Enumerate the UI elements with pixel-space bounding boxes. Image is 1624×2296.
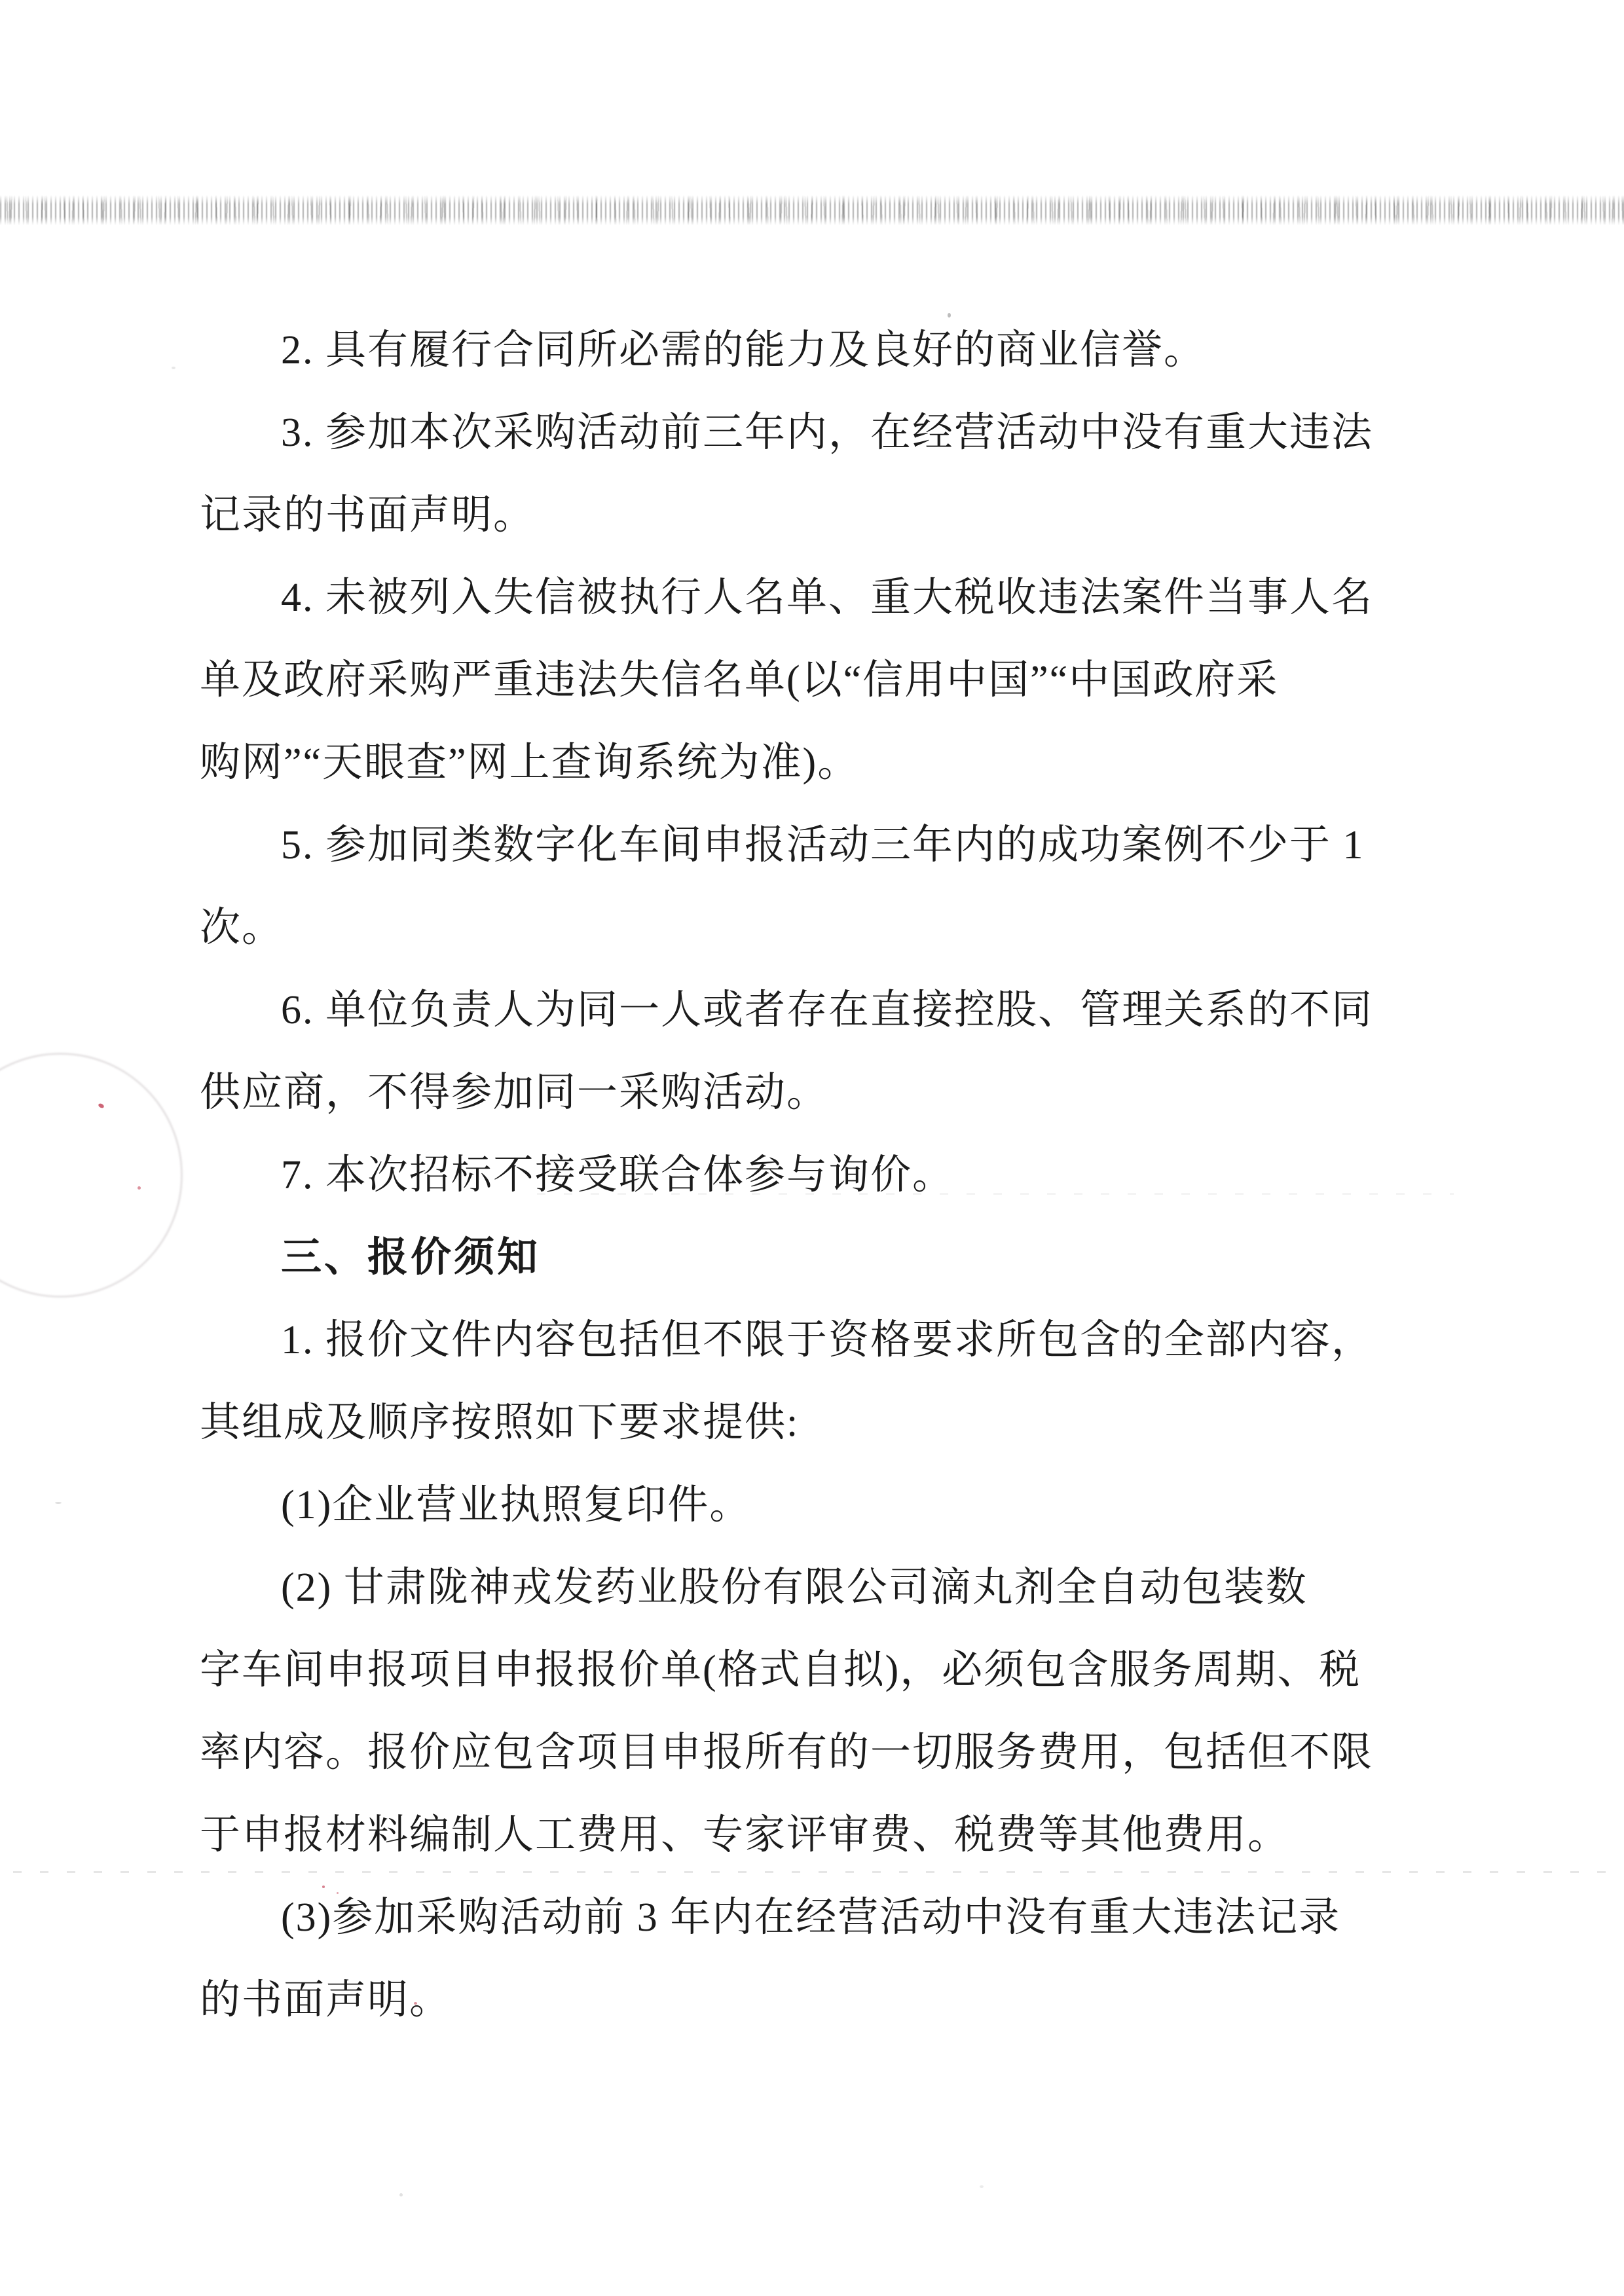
- doc-line-18: 率内容。报价应包含项目申报所有的一切服务费用，包括但不限: [200, 1711, 1373, 1794]
- doc-line-9: 6. 单位负责人为同一人或者存在直接控股、管理关系的不同: [200, 969, 1373, 1051]
- stamp-arc-artifact: [0, 1053, 183, 1298]
- doc-line-19: 于申报材料编制人工费用、专家评审费、税费等其他费用。: [200, 1794, 1373, 1876]
- dashed-scan-line: [13, 1871, 1611, 1873]
- doc-line-15: (1)企业营业执照复印件。: [200, 1464, 1373, 1546]
- doc-line-2: 3. 参加本次采购活动前三年内，在经营活动中没有重大违法: [200, 392, 1373, 474]
- ink-speck: [980, 2185, 984, 2188]
- doc-line-17: 字车间申报项目申报报价单(格式自拟)，必须包含服务周期、税: [200, 1629, 1373, 1711]
- document-text-block: 2. 具有履行合同所必需的能力及良好的商业信誉。 3. 参加本次采购活动前三年内…: [200, 309, 1373, 2041]
- doc-line-1: 2. 具有履行合同所必需的能力及良好的商业信誉。: [200, 309, 1373, 392]
- doc-line-16: (2) 甘肃陇神戎发药业股份有限公司滴丸剂全自动包装数: [200, 1546, 1373, 1629]
- doc-line-11: 7. 本次招标不接受联合体参与询价。: [200, 1134, 1373, 1216]
- ink-speck: [172, 367, 175, 369]
- dashed-scan-line-faint: [537, 1193, 1454, 1195]
- doc-line-8: 次。: [200, 886, 1373, 969]
- stamp-speck: [322, 1886, 325, 1888]
- ink-speck: [399, 2193, 403, 2196]
- ink-speck: [55, 1502, 62, 1504]
- stamp-speck: [337, 1892, 339, 1894]
- section-heading: 三、报价须知: [200, 1216, 1373, 1299]
- doc-line-7: 5. 参加同类数字化车间申报活动三年内的成功案例不少于 1: [200, 804, 1373, 886]
- stamp-speck: [414, 2002, 417, 2005]
- doc-line-6: 购网”“天眼查”网上查询系统为准)。: [200, 721, 1373, 804]
- doc-line-20: (3)参加采购活动前 3 年内在经营活动中没有重大违法记录: [200, 1876, 1373, 1959]
- doc-line-14: 其组成及顺序按照如下要求提供:: [200, 1381, 1373, 1464]
- scanned-document-page: 2. 具有履行合同所必需的能力及良好的商业信誉。 3. 参加本次采购活动前三年内…: [0, 0, 1624, 2296]
- doc-line-4: 4. 未被列入失信被执行人名单、重大税收违法案件当事人名: [200, 556, 1373, 639]
- doc-line-10: 供应商，不得参加同一采购活动。: [200, 1051, 1373, 1134]
- doc-line-5: 单及政府采购严重违法失信名单(以“信用中国”“中国政府采: [200, 639, 1373, 721]
- ink-speck: [948, 313, 951, 318]
- scan-noise-band: [0, 195, 1624, 225]
- stamp-speck: [138, 1186, 141, 1190]
- doc-line-13: 1. 报价文件内容包括但不限于资格要求所包含的全部内容，: [200, 1299, 1373, 1381]
- doc-line-3: 记录的书面声明。: [200, 474, 1373, 556]
- doc-line-21: 的书面声明。: [200, 1959, 1373, 2041]
